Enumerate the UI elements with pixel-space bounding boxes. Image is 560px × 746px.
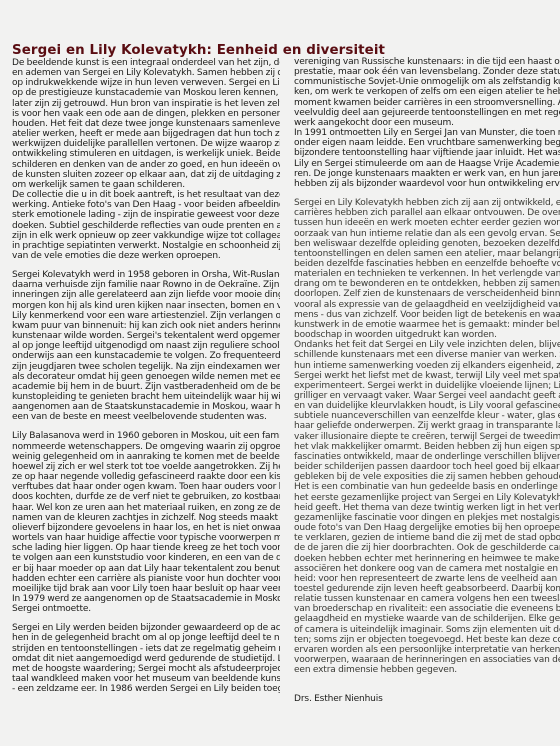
- text-line: experimenteert. Sergei werkt in duidelij…: [294, 381, 560, 391]
- text-line: tussen hun ideeën en werk moeten echter …: [294, 218, 560, 228]
- text-line: te volgen aan een kunststudio voor kinde…: [12, 553, 280, 563]
- text-line: Sergei Kolevatykh werd in 1958 geboren i…: [12, 270, 280, 280]
- text-line: mens - dus van zichzelf. Voor beiden lig…: [294, 310, 560, 320]
- text-line: morgen kon hij als kind uren kijken naar…: [12, 301, 280, 311]
- text-line: schilderen en denken van de ander zo goe…: [12, 160, 280, 170]
- text-line: sterk emotionele lading - zijn de inspir…: [12, 210, 280, 220]
- text-line: strijden en tentoonstellingen - iets dat…: [12, 644, 280, 654]
- text-line: oorzaak van hun intieme relatie dan als …: [294, 229, 560, 239]
- text-line: verftubes dat haar onder ogen kwam. Toen…: [12, 482, 280, 492]
- text-line: de de jaren die zij hier doorbrachten. O…: [294, 543, 560, 553]
- text-line: Lily Balasanova werd in 1960 geboren in …: [12, 431, 280, 441]
- text-line: een van de beste en meest veelbelovende …: [12, 412, 280, 422]
- text-line: sche lading hier liggen. Op haar tiende …: [12, 543, 280, 553]
- text-line: inneringen zijn alle gerelateerd aan zij…: [12, 290, 280, 300]
- text-line: heid: voor hen representeert de zwarte l…: [294, 574, 560, 584]
- text-line: ken, om werk te verkopen of zelfs om een…: [294, 87, 560, 97]
- text-line: onder eigen naam leidde. Een vruchtbare …: [294, 138, 560, 148]
- text-line: beider schilderijen passen daardoor toch…: [294, 462, 560, 472]
- text-line: ze op haar negende volledig gefascineerd…: [12, 472, 280, 482]
- text-line: de kunsten sluiten zozeer op elkaar aan,…: [12, 170, 280, 180]
- text-line: voorwerpen, waaraan de herinneringen en …: [294, 655, 560, 665]
- paragraph-academy: Sergei en Lily werden beiden bijzonder g…: [12, 623, 280, 694]
- text-line: Lily en Sergei stimuleerde om aan de Haa…: [294, 159, 560, 169]
- text-line: - een zeldzame eer. In 1986 werden Serge…: [12, 684, 280, 694]
- text-line: te verklaren, gezien de intieme band die…: [294, 533, 560, 543]
- text-line: hoewel zij zich er wel sterk tot toe voe…: [12, 462, 280, 472]
- text-line: haar. Wel kon ze uren aan het materiaal …: [12, 503, 280, 513]
- text-line: gebleken bij de vele exposities die zij …: [294, 472, 560, 482]
- text-line: kunstopleiding te genieten bracht hem ui…: [12, 392, 280, 402]
- text-line: houden. Het feit dat deze twee jonge kun…: [12, 119, 280, 129]
- text-line: carrières hebben zich parallel aan elkaa…: [294, 208, 560, 218]
- text-line: vereniging van Russische kunstenaars: in…: [294, 57, 560, 67]
- text-line: gezamenlijke fascinatie voor dingen en p…: [294, 513, 560, 523]
- text-line: grilliger en vervaagt vaker. Waar Sergei…: [294, 391, 560, 401]
- text-line: boodschap in woorden uitgedrukt kan word…: [294, 330, 560, 340]
- text-line: van de vele emoties die deze werken opro…: [12, 251, 280, 261]
- text-line: hun intieme samenwerking voeden zij elka…: [294, 361, 560, 371]
- paragraph-gap: [294, 675, 560, 684]
- text-line: tentoonstellingen en delen samen een ate…: [294, 249, 560, 259]
- text-line: van broederschap en rivaliteit: een asso…: [294, 604, 560, 614]
- text-line: De beeldende kunst is een integraal onde…: [12, 58, 280, 68]
- text-line: Sergei en Lily Kolevatykh hebben zich zi…: [294, 198, 560, 208]
- text-line: communistische Sovjet-Unie onmogelijk om…: [294, 77, 560, 87]
- text-line: olieverf bijzondere gevoelens in haar lo…: [12, 523, 280, 533]
- text-line: namen van de kleuren zachtjes in zichzel…: [12, 513, 280, 523]
- text-line: gelaagdheid en mystieke waarde van de sc…: [294, 614, 560, 624]
- text-line: haar geliefde onderwerpen. Zij werkt gra…: [294, 421, 560, 431]
- text-line: op de prestigieuze kunstacademie van Mos…: [12, 88, 280, 98]
- text-line: In 1979 werd ze aangenomen op de Staatsa…: [12, 594, 280, 604]
- text-line: Lily kenmerkend voor een ware artiestenz…: [12, 311, 280, 321]
- paragraph-gap: [12, 614, 280, 623]
- text-line: atelier werken, heeft er mede aan bijged…: [12, 129, 280, 139]
- text-line: moeilijke tijd brak aan voor Lily toen h…: [12, 584, 280, 594]
- text-line: taal wandkleed maken voor het museum van…: [12, 674, 280, 684]
- paragraph-gap: [12, 261, 280, 270]
- paragraph-career: vereniging van Russische kunstenaars: in…: [294, 57, 560, 189]
- text-line: kunstenaar wilde worden. Sergei's tekent…: [12, 331, 280, 341]
- text-line: het eerste gezamenlijke project van Serg…: [294, 493, 560, 503]
- text-line: later zijn zij getrouwd. Hun bron van in…: [12, 99, 280, 109]
- text-line: ontwikkeling stimuleren en uitdagen, is …: [12, 149, 280, 159]
- paragraph-sergei-bio: Sergei Kolevatykh werd in 1958 geboren i…: [12, 270, 280, 422]
- text-line: fascinaties ontwikkeld, maar de onderlin…: [294, 452, 560, 462]
- text-line: op indrukwekkende wijze in hun leven ver…: [12, 78, 280, 88]
- text-line: omdat dit niet aangemoedigd werd geduren…: [12, 654, 280, 664]
- text-line: hen in de gelegenheid bracht om al op jo…: [12, 633, 280, 643]
- text-line: hebben zij als bijzonder waardevol voor …: [294, 179, 560, 189]
- text-line: daarna verhuisde zijn familie naar Rowno…: [12, 280, 280, 290]
- text-line: ren. De jonge kunstenaars maakten er wer…: [294, 169, 560, 179]
- text-line: doos kochten, durfde ze de verf niet te …: [12, 492, 280, 502]
- text-line: hadden echter een carrière als pianiste …: [12, 574, 280, 584]
- text-line: onderwijs aan een kunstacademie te volge…: [12, 351, 280, 361]
- text-line: subtiele nuanceverschillen van eenzelfde…: [294, 411, 560, 421]
- right-column: vereniging van Russische kunstenaars: in…: [294, 57, 560, 705]
- text-line: vaker illusionaire diepte te creëren, te…: [294, 432, 560, 442]
- text-line: beiden dezelfde fascinaties hebben en ee…: [294, 259, 560, 269]
- text-line: oude foto's van Den Haag dergelijke emot…: [294, 523, 560, 533]
- text-line: er bij haar moeder op aan dat Lily haar …: [12, 564, 280, 574]
- text-line: een extra dimensie hebben gegeven.: [294, 665, 560, 675]
- text-line: In 1991 ontmoetten Lily en Sergei Jan va…: [294, 128, 560, 138]
- text-line: Sergei werkt het liefst met de kwast, te…: [294, 371, 560, 381]
- text-line: in prachtige sepiatinten verwerkt. Nosta…: [12, 241, 280, 251]
- text-line: Ondanks het feit dat Sergei en Lily vele…: [294, 340, 560, 350]
- text-line: doeken. Subtiel geschilderde reflecties …: [12, 221, 280, 231]
- text-line: academie bij hem in de buurt. Zijn vastb…: [12, 382, 280, 392]
- text-line: als decorateur omdat hij geen genoegen w…: [12, 372, 280, 382]
- text-line: met de hoogste waardering; Sergei mocht …: [12, 664, 280, 674]
- paragraph-gap: [294, 189, 560, 198]
- text-line: De collectie die u in dit boek aantreft,…: [12, 190, 280, 200]
- text-line: en van duidelijke kleurvlakken houdt, is…: [294, 401, 560, 411]
- text-line: kunstwerk in de emotie waarmee het is ge…: [294, 320, 560, 330]
- text-line: doeken hebben echter met herinnering en …: [294, 554, 560, 564]
- text-line: of camera is uiteindelijk imaginair. Som…: [294, 625, 560, 635]
- text-line: om werkelijk samen te gaan schilderen.: [12, 180, 280, 190]
- text-line: zijn in elk werk opnieuw op zeer vakkund…: [12, 231, 280, 241]
- text-line: en ademen van Sergei en Lily Kolevatykh.…: [12, 68, 280, 78]
- text-line: werk aangekocht door een museum.: [294, 118, 560, 128]
- text-line: doorlopen. Zelf zien de kunstenaars de v…: [294, 289, 560, 299]
- text-line: veelvuldig deel aan gejureerde tentoonst…: [294, 108, 560, 118]
- text-line: het vlak makkelijker omarmt. Beiden hebb…: [294, 442, 560, 452]
- text-line: kwam puur van binnenuit: hij kan zich oo…: [12, 321, 280, 331]
- text-line: moment kwamen beider carrières in een st…: [294, 98, 560, 108]
- text-line: wortels van haar huidige affectie voor t…: [12, 533, 280, 543]
- paragraph-intro: De beeldende kunst is een integraal onde…: [12, 58, 280, 261]
- paragraph-lily-bio: Lily Balasanova werd in 1960 geboren in …: [12, 431, 280, 614]
- text-line: drang om te bewonderen en te ontdekken, …: [294, 279, 560, 289]
- text-line: nommeerde wetenschappers. De omgeving wa…: [12, 442, 280, 452]
- text-line: is voor hen vaak een ode aan de dingen, …: [12, 109, 280, 119]
- text-line: Het is een combinatie van hun gedeelde b…: [294, 482, 560, 492]
- text-line: ten; soms zijn er objecten toegevoegd. H…: [294, 635, 560, 645]
- text-line: prestatie, maar ook één van levensbelang…: [294, 67, 560, 77]
- text-line: Sergei ontmoette.: [12, 604, 280, 614]
- text-line: materialen en technieken te verkennen. I…: [294, 269, 560, 279]
- text-line: bijzondere tentoonstelling haar vijftien…: [294, 148, 560, 158]
- text-line: toestel gedurende zijn leven heeft geabs…: [294, 584, 560, 594]
- author-signature: Drs. Esther Nienhuis: [294, 694, 560, 704]
- left-column: De beeldende kunst is een integraal onde…: [12, 58, 280, 694]
- text-line: Sergei en Lily werden beiden bijzonder g…: [12, 623, 280, 633]
- text-line: ervaren worden als een persoonlijke inte…: [294, 645, 560, 655]
- text-line: zijn jeugdjaren twee scholen tegelijk. N…: [12, 362, 280, 372]
- text-line: weinig gelegenheid om in aanraking te ko…: [12, 452, 280, 462]
- text-line: heid geeft. Het thema van deze twintig w…: [294, 503, 560, 513]
- text-line: werkwijzen duidelijke parallellen verton…: [12, 139, 280, 149]
- text-line: associëren het donkere oog van de camera…: [294, 564, 560, 574]
- article-title: Sergei en Lily Kolevatykh: Eenheid en di…: [12, 43, 385, 58]
- text-line: ben weliswaar dezelfde opleiding genoten…: [294, 239, 560, 249]
- text-line: aangenomen aan de Staatskunstacademie in…: [12, 402, 280, 412]
- text-line: schillende kunstenaars met een diverse m…: [294, 350, 560, 360]
- paragraph-gap: [12, 422, 280, 431]
- text-line: werking. Antieke foto's van Den Haag - v…: [12, 200, 280, 210]
- paragraph-unity-diversity: Sergei en Lily Kolevatykh hebben zich zi…: [294, 198, 560, 675]
- text-line: relatie tussen kunstenaar en camera volg…: [294, 594, 560, 604]
- text-line: vooral als expressie van de gelaagdheid …: [294, 300, 560, 310]
- text-line: al op jonge leeftijd uitgenodigd om naas…: [12, 341, 280, 351]
